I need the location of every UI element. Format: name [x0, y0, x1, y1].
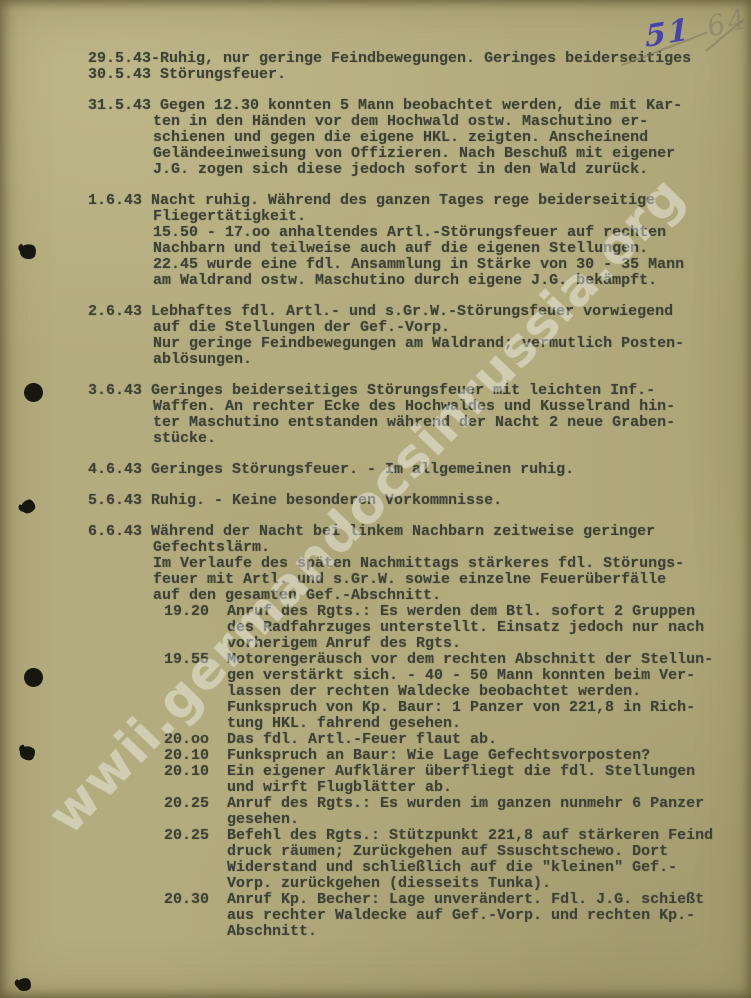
punch-hole — [24, 383, 43, 402]
text-line: 20.25 Befehl des Rgts.: Stützpunkt 221,8… — [164, 828, 751, 844]
text-line: Fliegertätigkeit. — [153, 209, 751, 225]
page-number-pencil: 64 — [704, 1, 751, 43]
text-line: Abschnitt. — [227, 924, 751, 940]
text-line: 6.6.43 Während der Nacht bei linkem Nach… — [88, 524, 751, 540]
text-line: ablösungen. — [153, 352, 751, 368]
text-line: Funkspruch von Kp. Baur: 1 Panzer von 22… — [227, 700, 751, 716]
text-line: Waffen. An rechter Ecke des Hochwaldes u… — [153, 399, 751, 415]
diary-entry: 1.6.43 Nacht ruhig. Während des ganzen T… — [0, 193, 751, 289]
text-line: 20.10 Ein eigener Aufklärer überfliegt d… — [164, 764, 751, 780]
ink-blot — [16, 977, 31, 991]
text-line: auf die Stellungen der Gef.-Vorp. — [153, 320, 751, 336]
text-line: lassen der rechten Waldecke beobachtet w… — [227, 684, 751, 700]
text-line: Im Verlaufe des späten Nachmittags stärk… — [153, 556, 751, 572]
text-line: ter Maschutino entstanden während der Na… — [153, 415, 751, 431]
diary-entry: 31.5.43 Gegen 12.30 konnten 5 Mann beoba… — [0, 98, 751, 178]
text-line: Geländeeinweisung von Offizieren. Nach B… — [153, 146, 751, 162]
diary-entry: 3.6.43 Geringes beiderseitiges Störungsf… — [0, 383, 751, 447]
text-line: gen verstärkt sich. - 40 - 50 Mann konnt… — [227, 668, 751, 684]
diary-page: 29.5.43-Ruhig, nur geringe Feindbewegung… — [0, 0, 751, 998]
text-line: 20.10 Funkspruch an Baur: Wie Lage Gefec… — [164, 748, 751, 764]
diary-entry: 29.5.43-Ruhig, nur geringe Feindbewegung… — [0, 51, 751, 83]
text-line: 19.20 Anruf des Rgts.: Es werden dem Btl… — [164, 604, 751, 620]
text-line: und wirft Flugblätter ab. — [227, 780, 751, 796]
diary-entry: 6.6.43 Während der Nacht bei linkem Nach… — [0, 524, 751, 940]
text-line: schienen und gegen die eigene HKL. zeigt… — [153, 130, 751, 146]
text-line: vorherigem Anruf des Rgts. — [227, 636, 751, 652]
text-line: Vorp. zurückgehen (diesseits Tunka). — [227, 876, 751, 892]
text-line: 3.6.43 Geringes beiderseitiges Störungsf… — [88, 383, 751, 399]
text-line: gesehen. — [227, 812, 751, 828]
text-line: 22.45 wurde eine fdl. Ansammlung in Stär… — [153, 257, 751, 273]
text-line: 19.55 Motorengeräusch vor dem rechten Ab… — [164, 652, 751, 668]
punch-hole — [24, 668, 43, 687]
text-line: J.G. zogen sich diese jedoch sofort in d… — [153, 162, 751, 178]
text-line: 1.6.43 Nacht ruhig. Während des ganzen T… — [88, 193, 751, 209]
text-line: Nur geringe Feindbewegungen am Waldrand;… — [153, 336, 751, 352]
text-line: feuer mit Artl. und s.Gr.W. sowie einzel… — [153, 572, 751, 588]
text-line: 31.5.43 Gegen 12.30 konnten 5 Mann beoba… — [88, 98, 751, 114]
text-line: 5.6.43 Ruhig. - Keine besonderen Vorkomm… — [88, 493, 751, 509]
text-line: 20.30 Anruf Kp. Becher: Lage unverändert… — [164, 892, 751, 908]
text-line: 20.oo Das fdl. Artl.-Feuer flaut ab. — [164, 732, 751, 748]
diary-entry: 4.6.43 Geringes Störungsfeuer. - Im allg… — [0, 462, 751, 478]
text-line: Nachbarn und teilweise auch auf die eige… — [153, 241, 751, 257]
text-line: druck räumen; Zurückgehen auf Ssuschtsch… — [227, 844, 751, 860]
text-line: 15.50 - 17.oo anhaltendes Artl.-Störungs… — [153, 225, 751, 241]
diary-entries: 29.5.43-Ruhig, nur geringe Feindbewegung… — [0, 51, 751, 940]
text-line: am Waldrand ostw. Maschutino durch eigen… — [153, 273, 751, 289]
text-line: ten in den Händen vor dem Hochwald ostw.… — [153, 114, 751, 130]
text-line: Gefechtslärm. — [153, 540, 751, 556]
text-line: stücke. — [153, 431, 751, 447]
text-line: aus rechter Waldecke auf Gef.-Vorp. und … — [227, 908, 751, 924]
text-line: Widerstand und schließlich auf die "klei… — [227, 860, 751, 876]
diary-entry: 2.6.43 Lebhaftes fdl. Artl.- und s.Gr.W.… — [0, 304, 751, 368]
page-number-handwritten: 51 — [645, 12, 691, 55]
diary-entry: 5.6.43 Ruhig. - Keine besonderen Vorkomm… — [0, 493, 751, 509]
text-line: auf den gesamten Gef.-Abschnitt. — [153, 588, 751, 604]
text-line: 20.25 Anruf des Rgts.: Es wurden im ganz… — [164, 796, 751, 812]
text-line: 30.5.43 Störungsfeuer. — [88, 67, 751, 83]
text-line: 4.6.43 Geringes Störungsfeuer. - Im allg… — [88, 462, 751, 478]
text-line: tung HKL. fahrend gesehen. — [227, 716, 751, 732]
text-line: 2.6.43 Lebhaftes fdl. Artl.- und s.Gr.W.… — [88, 304, 751, 320]
text-line: des Radfahrzuges unterstellt. Einsatz je… — [227, 620, 751, 636]
